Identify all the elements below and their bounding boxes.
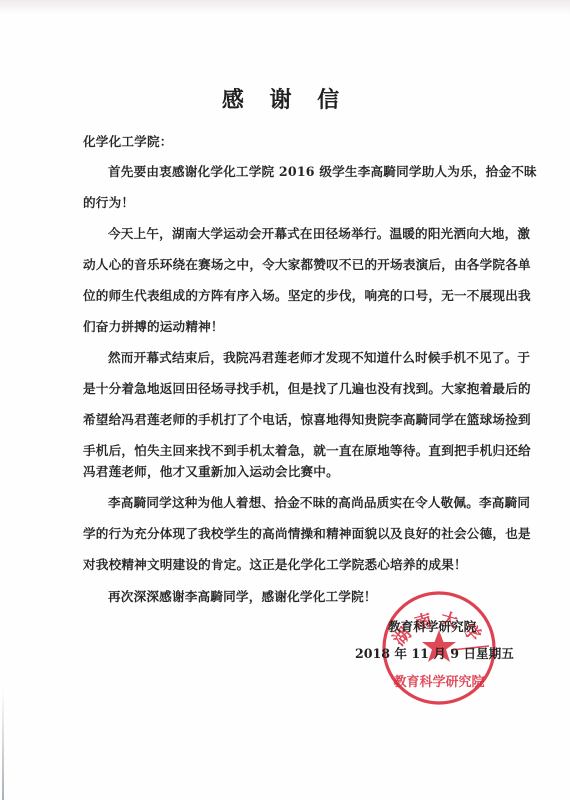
scan-left-edge <box>2 690 4 800</box>
paragraph-4-line: 对我校精神文明建设的肯定。这正是化学化工学院悉心培养的成果！ <box>83 557 503 573</box>
salutation: 化学化工学院： <box>83 134 503 150</box>
signature-date: 2018 年 11 月 9 日星期五 <box>355 643 514 662</box>
paragraph-3-line: 然而开幕式结束后，我院冯君莲老师才发现不知道什么时候手机不见了。于 <box>108 350 528 366</box>
paragraph-2-line: 位的师生代表组成的方阵有序入场。坚定的步伐，响亮的口号，无一不展现出我 <box>83 288 503 304</box>
paragraph-3-line: 冯君莲老师，他才又重新加入运动会比赛中。 <box>83 464 503 480</box>
paragraph-3-line: 希望给冯君莲老师的手机打了个电话，惊喜地得知贵院李高騎同学在篮球场捡到 <box>83 412 503 428</box>
paragraph-3-line: 是十分着急地返回田径场寻找手机，但是找了几遍也没有找到。大家抱着最后的 <box>83 381 503 397</box>
paragraph-1-line: 的行为！ <box>83 195 503 211</box>
letter-title: 感 谢 信 <box>0 83 570 114</box>
paragraph-4-line: 学的行为充分体现了我校学生的高尚情操和精神面貌以及良好的社会公德，也是 <box>83 526 503 542</box>
stamp-bottom-text: 教育科学研究院 <box>392 674 484 690</box>
signature-org: 教育科学研究院 <box>388 616 476 635</box>
scan-top-shadow <box>0 0 570 14</box>
paragraph-2-line: 动人心的音乐环绕在赛场之中，令大家都赞叹不已的开场表演后，由各学院各单 <box>83 257 503 273</box>
paragraph-1-line: 首先要由衷感谢化学化工学院 2016 级学生李高騎同学助人为乐，拾金不昧 <box>108 164 528 180</box>
paragraph-4-line: 李高騎同学这种为他人着想、拾金不昧的高尚品质实在令人敬佩。李高騎同 <box>108 495 528 511</box>
paragraph-3-line: 手机后，怕失主回来找不到手机太着急，就一直在原地等待。直到把手机归还给 <box>83 443 503 459</box>
paragraph-2-line: 今天上午，湖南大学运动会开幕式在田径场举行。温暖的阳光洒向大地，激 <box>108 226 528 242</box>
paragraph-2-line: 们奋力拼搏的运动精神！ <box>83 319 503 335</box>
